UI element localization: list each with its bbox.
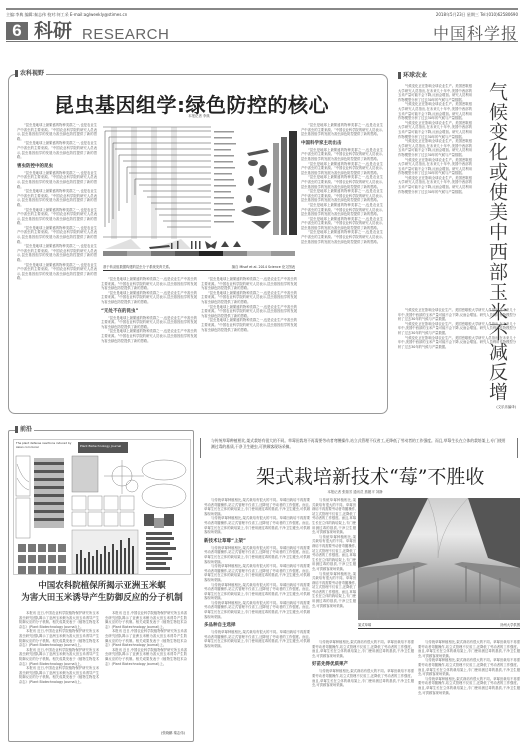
editors-line: 主编:李典 编辑:秦志伟 校对:何工采 E-mail:ag/weekly@sti… — [6, 12, 127, 18]
subheading: 中国科学家主动出击 — [301, 140, 383, 146]
article-body-left: “昆虫是地球上最繁盛的物种类群之一,也是农业生产中害虫的主要来源。”中国农业科学… — [17, 123, 97, 411]
figure-caption-text: 基于转录组数据构建的昆虫分子系统发育关系。 — [103, 264, 172, 269]
figure-caption: 基于转录组数据构建的昆虫分子系统发育关系。 摘自 Misof et al. 20… — [103, 264, 295, 271]
journal-badge: Plant Biotechnology Journal — [78, 442, 128, 453]
greenhouse-photo-icon — [358, 498, 520, 620]
article-byline: 本报记者 李典 — [159, 113, 239, 118]
article-insect-genomics: 农科视野 昆虫基因组学:绿色防控的核心 本报记者 李典 “昆虫是地球上最繁盛的物… — [8, 74, 388, 414]
article-byline: 本报记者 张瑞芳 通讯员 燕履平 刘静 — [300, 489, 410, 494]
photo-caption-text: 架式草莓 — [358, 622, 371, 627]
subheading: 多品种自主选择 — [204, 622, 310, 628]
article-body-left: 本报讯 近日,中国农业科学院植物保护研究所玉米害虫研究团队揭示了亚洲玉米螟为害大… — [19, 611, 99, 735]
section-tag: 农科视野 — [15, 70, 46, 77]
photo-caption: 架式草莓 扬州大学供图 — [358, 622, 520, 629]
newspaper-logo: 中国科学报 — [433, 21, 518, 44]
section-tag: 环球农业 — [398, 72, 429, 79]
figure-panels-icon — [14, 454, 191, 575]
subheading: 好苗先得优质果产 — [312, 661, 414, 667]
top-info-bar: 主编:李典 编辑:秦志伟 校对:何工采 E-mail:ag/weekly@sti… — [6, 8, 518, 18]
article-maize: 前沿 The plant defense reactions induced b… — [8, 430, 194, 742]
figure-credit: 摘自 Misof et al. 2014 Science 论文图表 — [232, 264, 295, 269]
article-headline: 架式栽培新技术“莓”不胜收 — [256, 462, 484, 489]
research-figure: The plant defense reactions induced by A… — [13, 439, 191, 575]
photo-credit: 扬州大学供图 — [500, 622, 520, 627]
article-body-upper: 气候变化正在影响全球农业生产。美国密歇根大学研究人员指出,在未来几十年中,美国中… — [398, 84, 472, 304]
article-pull-quote: 与传统草莓种植相比,架式栽培有很大的不同。草莓田栽培不再需要劳动者弯腰操作,站立… — [200, 438, 518, 458]
strawberry-greenhouse-photo — [358, 498, 520, 620]
article-body-col4: 与传统草莓种植相比,架式栽培有很大的不同。草莓田栽培不再需要劳动者弯腰操作,站立… — [418, 640, 520, 746]
article-body-right: “昆虫是地球上最繁盛的物种类群之一,也是农业生产中害虫的主要来源。”中国农业科学… — [301, 123, 383, 411]
page-number: 6 — [6, 22, 28, 40]
section-title-cn: 科研 — [34, 20, 72, 42]
article-body-right: 本报讯 近日,中国农业科学院植物保护研究所玉米害虫研究团队揭示了亚洲玉米螟为害大… — [105, 611, 187, 729]
subheading: “无处不在的昆虫” — [101, 308, 197, 314]
date-line: 2018年5月23日 星期三 Tel:(010)62580690 — [436, 12, 518, 18]
masthead: 6 科研 RESEARCH 中国科学报 — [6, 20, 518, 42]
article-credit: (张晓鹏 秦志伟) — [161, 730, 185, 735]
phylogeny-figure: 基于转录组数据构建的昆虫分子系统发育关系。 摘自 Misof et al. 20… — [101, 123, 297, 273]
phylogenetic-tree-icon — [101, 123, 297, 273]
article-credit: (文乐乐编译) — [496, 404, 516, 409]
article-headline-line2: 为害大田玉米诱导产生防御反应的分子机制 — [9, 593, 195, 604]
article-body-lower: 气候变化正在影响全球农业生产。美国密歇根大学研究人员指出,在未来几十年中,美国中… — [398, 308, 516, 402]
subheading: 害虫防控中的昆虫 — [17, 163, 97, 169]
article-body-middle: “昆虫是地球上最繁盛的物种类群之一,也是农业生产中害虫的主要来源。”中国农业科学… — [101, 277, 197, 411]
article-headline-line1: 中国农科院植保所揭示亚洲玉米螟 — [9, 581, 195, 592]
section-tag: 前沿 — [15, 426, 34, 433]
article-body-col1: 与传统草莓种植相比,架式栽培有很大的不同。草莓田栽培不再需要劳动者弯腰操作,站立… — [204, 498, 310, 746]
article-climate: 环球农业 气候变化正在影响全球农业生产。美国密歇根大学研究人员指出,在未来几十年… — [396, 74, 518, 414]
article-body-col3: 与传统草莓种植相比,架式栽培有很大的不同。草莓田栽培不再需要劳动者弯腰操作,站立… — [312, 640, 414, 746]
article-body-middle-2: “昆虫是地球上最繁盛的物种类群之一,也是农业生产中害虫的主要来源。”中国农业科学… — [201, 277, 297, 411]
figure-header: The plant defense reactions induced by A… — [16, 442, 74, 449]
section-title-en: RESEARCH — [82, 26, 169, 43]
subheading: 新技术让草莓“上架” — [204, 538, 310, 544]
article-body-col2: 与传统草莓种植相比,架式栽培有很大的不同。草莓田栽培不再需要劳动者弯腰操作,站立… — [312, 498, 356, 638]
